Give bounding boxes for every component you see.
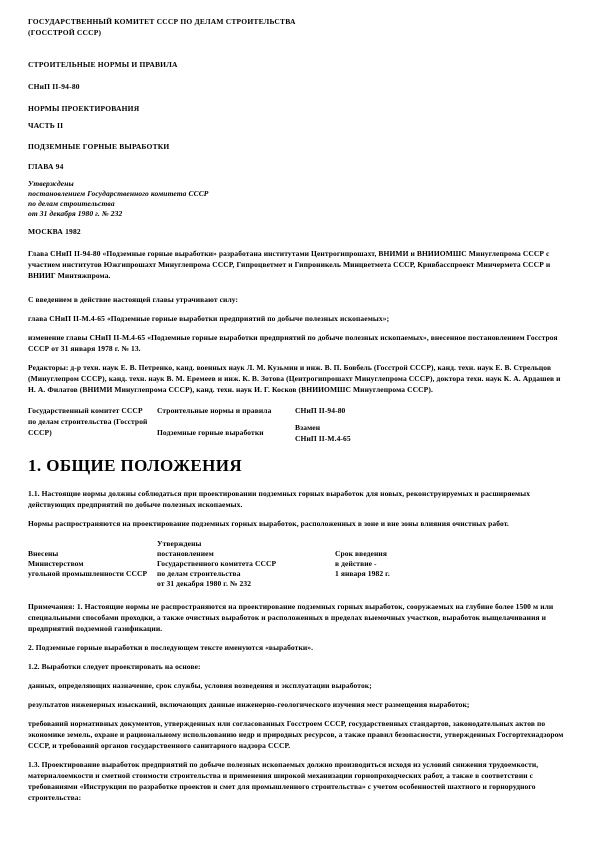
instead-number: СНиП II-М.4-65 xyxy=(295,433,562,444)
city-year: МОСКВА 1982 xyxy=(28,226,570,237)
approval-note-line: по делам строительства xyxy=(28,199,570,209)
part-label: ЧАСТЬ II xyxy=(28,120,570,131)
spacer xyxy=(157,416,287,427)
paragraph-1-3: 1.3. Проектирование выработок предприяти… xyxy=(28,759,570,803)
section-1-heading: 1. ОБЩИЕ ПОЛОЖЕНИЯ xyxy=(28,456,570,476)
document-type: СТРОИТЕЛЬНЫЕ НОРМЫ И ПРАВИЛА xyxy=(28,59,570,70)
introduced-by-line: Внесены xyxy=(28,549,157,559)
paragraph-1-2-item-requirements: требований нормативных документов, утвер… xyxy=(28,718,570,751)
note-1: Примечания: 1. Настоящие нормы не распро… xyxy=(28,601,570,634)
approval-note-line: постановлением Государственного комитета… xyxy=(28,189,570,199)
effective-date-line: в действие - xyxy=(335,559,570,569)
approved-by-line: по делам строительства xyxy=(157,569,335,579)
committee-name: ГОСУДАРСТВЕННЫЙ КОМИТЕТ СССР ПО ДЕЛАМ СТ… xyxy=(28,16,328,38)
approved-by-line: Государственного комитета СССР xyxy=(157,559,335,569)
instead-label: Взамен xyxy=(295,422,562,433)
paragraph-1-2-item-data: данных, определяющих назначение, срок сл… xyxy=(28,680,570,691)
paragraph-scope: Нормы распространяются на проектирование… xyxy=(28,518,570,529)
document-page: ГОСУДАРСТВЕННЫЙ КОМИТЕТ СССР ПО ДЕЛАМ СТ… xyxy=(0,0,595,842)
editors-paragraph: Редакторы: д-р техн. наук Е. В. Петренко… xyxy=(28,362,570,395)
effective-date-cell: Срок введения в действие - 1 января 1982… xyxy=(335,539,570,589)
approved-by-line: Утверждены xyxy=(157,539,335,549)
approval-note-line: Утверждены xyxy=(28,179,570,189)
approval-note-line: от 31 декабря 1980 г. № 232 xyxy=(28,209,570,219)
paragraph-1-2: 1.2. Выработки следует проектировать на … xyxy=(28,661,570,672)
norms-title-line: Строительные нормы и правила xyxy=(157,405,287,416)
approved-by-line: от 31 декабря 1980 г. № 232 xyxy=(157,579,335,589)
supersede-intro-paragraph: С введением в действие настоящей главы у… xyxy=(28,294,570,305)
superseded-item-2: изменение главы СНиП II-М.4-65 «Подземны… xyxy=(28,332,570,354)
effective-date-line: 1 января 1982 г. xyxy=(335,569,570,579)
doc-header-table: Государственный комитет СССР по делам ст… xyxy=(28,405,570,444)
superseded-item-1: глава СНиП II-М.4-65 «Подземные горные в… xyxy=(28,313,570,324)
approval-table: Внесены Министерством угольной промышлен… xyxy=(28,539,570,589)
issuer-cell: Государственный комитет СССР по делам ст… xyxy=(28,405,157,444)
approved-by-cell: Утверждены постановлением Государственно… xyxy=(157,539,335,589)
paragraph-1-2-item-surveys: результатов инженерных изысканий, включа… xyxy=(28,699,570,710)
document-title: ПОДЗЕМНЫЕ ГОРНЫЕ ВЫРАБОТКИ xyxy=(28,141,570,152)
document-number: СНиП II-94-80 xyxy=(28,81,570,92)
introduced-by-line: угольной промышленности СССР xyxy=(28,569,157,579)
approved-by-line: постановлением xyxy=(157,549,335,559)
introduced-by-line: Министерством xyxy=(28,559,157,569)
doc-number-cell: СНиП II-94-80 Взамен СНиП II-М.4-65 xyxy=(295,405,570,444)
approval-note: Утверждены постановлением Государственно… xyxy=(28,179,570,219)
developed-by-paragraph: Глава СНиП II-94-80 «Подземные горные вы… xyxy=(28,248,570,281)
paragraph-1-1: 1.1. Настоящие нормы должны соблюдаться … xyxy=(28,488,570,510)
effective-date-line: Срок введения xyxy=(335,549,570,559)
design-norms-subtitle: НОРМЫ ПРОЕКТИРОВАНИЯ xyxy=(28,103,570,114)
note-2: 2. Подземные горные выработки в последую… xyxy=(28,642,570,653)
norms-title-cell: Строительные нормы и правила Подземные г… xyxy=(157,405,295,444)
chapter-label: ГЛАВА 94 xyxy=(28,161,570,172)
norms-title-line: Подземные горные выработки xyxy=(157,427,287,438)
introduced-by-cell: Внесены Министерством угольной промышлен… xyxy=(28,539,157,589)
doc-number-line: СНиП II-94-80 xyxy=(295,405,562,416)
